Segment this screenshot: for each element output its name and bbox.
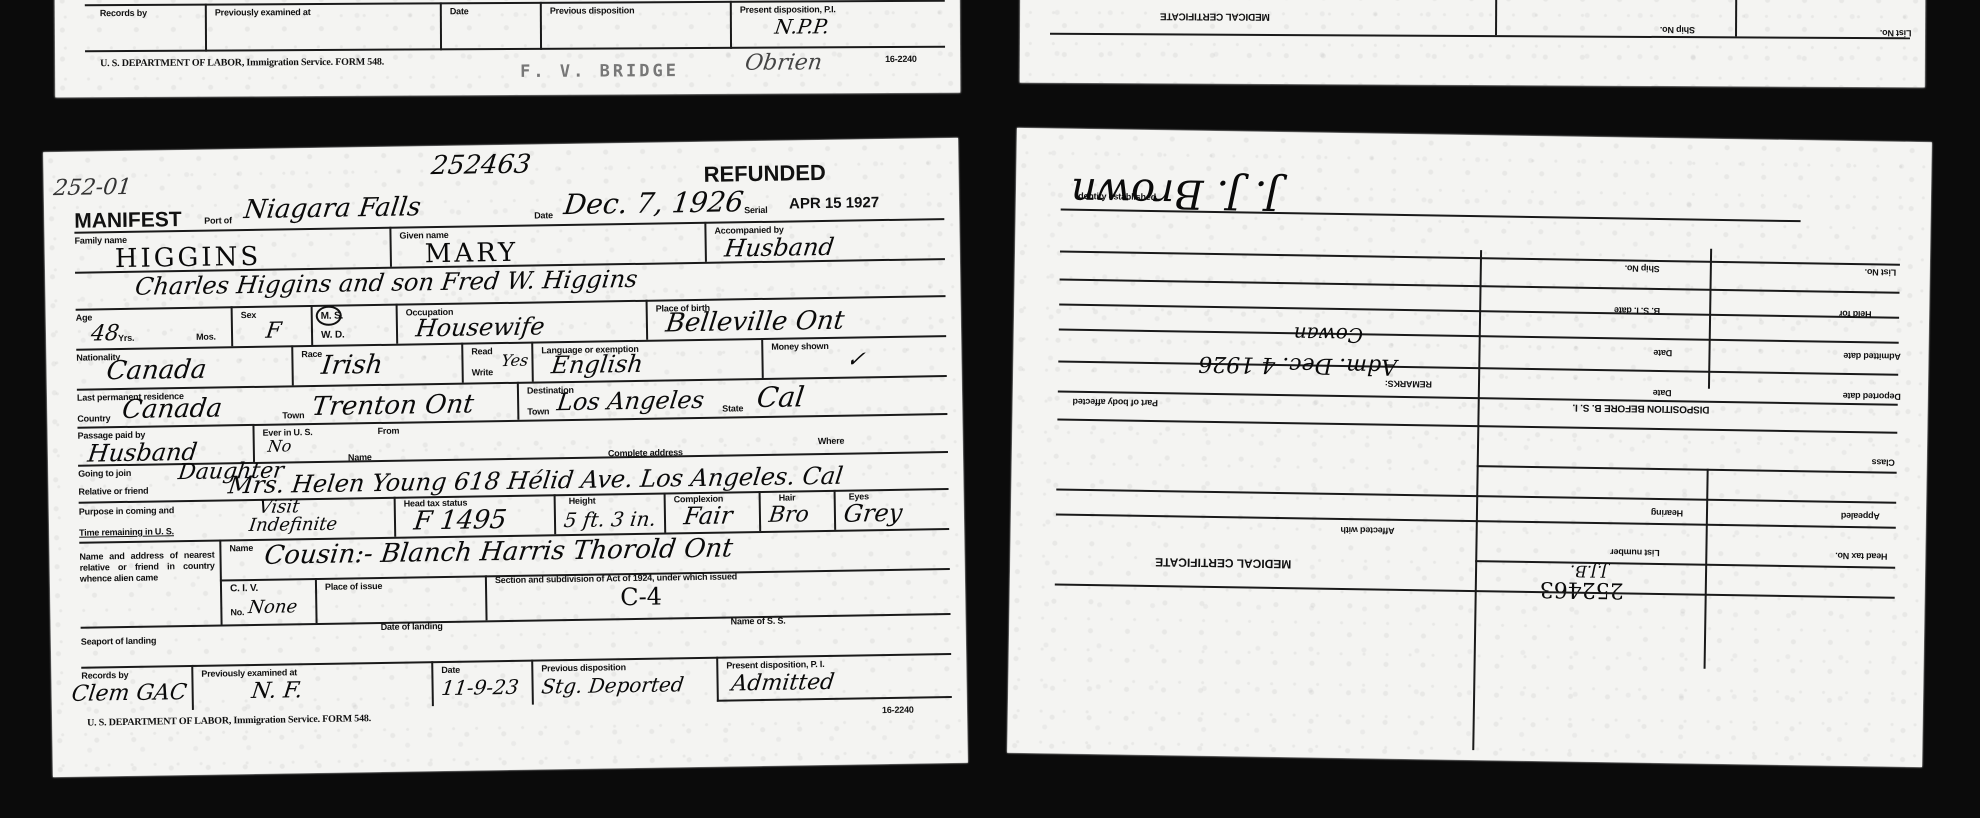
date-value: Dec. 7, 1926 <box>562 185 745 221</box>
serial-label: Serial <box>744 205 767 215</box>
language-value: English <box>550 350 645 379</box>
divider <box>1050 33 1910 40</box>
complete-address-label: Complete address <box>608 447 683 458</box>
records-by-label: Records by <box>81 670 128 681</box>
name-label: Name <box>348 452 372 462</box>
name-of-ss-label: Name of S. S. <box>731 616 786 627</box>
medical-certificate-heading: MEDICAL CERTIFICATE <box>1160 10 1270 22</box>
exam-date-value: 11-9-23 <box>440 675 520 700</box>
accompanied-by-value: Husband <box>723 233 836 263</box>
present-disposition-label: Present disposition, P. I. <box>726 659 824 671</box>
race-label: Race <box>301 349 322 359</box>
date-label-2: Date <box>1653 388 1672 398</box>
money-shown-check: ✓ <box>845 347 867 372</box>
where-label: Where <box>818 436 845 446</box>
held-for-label: Held for <box>1839 309 1872 320</box>
refunded-stamp: REFUNDED <box>703 160 826 188</box>
previous-disposition-value: Stg. Deported <box>540 672 685 698</box>
divider <box>1735 0 1737 36</box>
list-number-label: List number <box>1610 547 1659 558</box>
complexion-value: Fair <box>682 501 734 530</box>
divider <box>1477 465 1897 474</box>
exam-date-label: Date <box>441 665 460 675</box>
state-label: State <box>722 403 743 413</box>
divider <box>81 613 951 629</box>
divider <box>315 578 318 623</box>
present-disposition-value: Admitted <box>730 670 836 697</box>
divider <box>704 222 707 262</box>
bsi-date-label: B. S. I. date <box>1614 305 1660 316</box>
sex-value: F <box>264 318 282 343</box>
date-of-landing-label: Date of landing <box>381 621 443 632</box>
height-value: 5 ft. 3 in. <box>562 507 657 532</box>
from-label: From <box>377 426 399 436</box>
card-number: 252463 <box>430 150 533 182</box>
date-label: Date <box>450 6 469 16</box>
read-write-value: Yes <box>500 351 529 370</box>
civ-label: C. I. V. <box>230 583 258 594</box>
nearest-relative-value: Cousin:- Blanch Harris Thorold Ont <box>263 533 735 570</box>
civ-no-value: None <box>247 596 298 618</box>
divider <box>554 494 557 534</box>
admitted-date-label: Admitted date <box>1843 351 1901 362</box>
top-left-card-fragment: Records by Previously examined at Date P… <box>55 0 961 97</box>
inspector-stamp: F. V. BRIDGE <box>520 61 679 82</box>
deported-date-label: Deported date <box>1843 391 1901 402</box>
read-label: Read <box>471 346 492 356</box>
form-footer: U. S. DEPARTMENT OF LABOR, Immigration S… <box>87 713 371 728</box>
ever-in-us-value: No <box>267 436 293 455</box>
time-remaining-value: Indefinite <box>248 514 339 536</box>
divider <box>517 382 520 420</box>
mos-label: Mos. <box>196 332 216 342</box>
medical-certificate-heading: MEDICAL CERTIFICATE <box>1155 555 1291 571</box>
divider <box>540 2 542 50</box>
divider <box>485 575 488 620</box>
present-disposition-label: Present disposition, P.I. <box>740 4 836 15</box>
divider <box>834 490 837 530</box>
previously-examined-value: N. F. <box>250 678 304 704</box>
hair-label: Hair <box>779 492 796 502</box>
form-code: 16-2240 <box>885 54 917 64</box>
ship-no-label: Ship No. <box>1660 25 1695 35</box>
divider <box>531 342 534 382</box>
hearing-label: Hearing <box>1651 508 1683 519</box>
form-footer: U. S. DEPARTMENT OF LABOR, Immigration S… <box>100 57 384 69</box>
place-of-birth-value: Belleville Ont <box>664 306 846 339</box>
divider <box>311 305 314 345</box>
previous-disposition-label: Previous disposition <box>541 662 626 673</box>
date-label: Date <box>1653 348 1672 358</box>
divider <box>461 343 464 383</box>
marital-status-label-2: W. D. <box>321 330 345 341</box>
port-label: Port of <box>204 215 232 225</box>
records-by-label: Records by <box>100 8 147 18</box>
age-value: 48 <box>89 321 120 346</box>
divider <box>531 660 534 705</box>
divider <box>191 665 194 710</box>
divider <box>716 657 719 702</box>
port-value: Niagara Falls <box>242 192 422 225</box>
name-label-2: Name <box>229 543 253 553</box>
divider <box>431 661 434 706</box>
records-by-value: Clem GAC <box>70 680 188 707</box>
divider <box>252 424 255 462</box>
section-value: C-4 <box>620 583 662 612</box>
town-label: Town <box>282 410 304 420</box>
date-label: Date <box>534 210 553 220</box>
divider <box>219 539 222 624</box>
occupation-value: Housewife <box>414 312 546 342</box>
remarks-line-1: Cowan <box>1294 322 1364 347</box>
place-of-issue-label: Place of issue <box>325 581 382 592</box>
previously-examined-label: Previously examined at <box>201 667 297 679</box>
divider <box>291 345 294 385</box>
manifest-card-reverse: Identity established J. J. Brown Cowan A… <box>1007 128 1932 767</box>
divider <box>1708 249 1712 389</box>
divider <box>717 696 952 702</box>
remarks-line-2: Adm. Dec. 4 1926 <box>1198 351 1397 379</box>
write-label: Write <box>472 367 493 377</box>
town-label-2: Town <box>527 406 549 416</box>
part-of-body-label: Part of body affected <box>1073 397 1158 408</box>
divider <box>440 2 442 50</box>
nearest-relative-label: Name and address of nearest relative or … <box>79 550 215 585</box>
seaport-label: Seaport of landing <box>81 636 157 647</box>
sex-label: Sex <box>241 310 257 320</box>
corner-note: 252-01 <box>52 175 133 201</box>
appealed-label: Appealed <box>1841 511 1880 522</box>
age-label: Age <box>76 312 93 322</box>
money-shown-label: Money shown <box>771 341 828 352</box>
height-label: Height <box>569 496 596 506</box>
signature: Obrien <box>743 50 823 75</box>
divider <box>231 306 234 346</box>
disposition-bsi-heading: DISPOSITION BEFORE B. S. I. <box>1573 402 1710 415</box>
previous-disposition-label: Previous disposition <box>550 5 635 15</box>
top-right-card-fragment: MEDICAL CERTIFICATE Ship No. List No. <box>1020 0 1925 87</box>
going-to-join-label: Going to join <box>78 468 131 479</box>
remarks-label: REMARKS: <box>1385 379 1432 390</box>
list-number-value: 252463 <box>1540 576 1624 602</box>
divider <box>646 300 649 340</box>
relative-or-friend-label: Relative or friend <box>78 486 148 497</box>
divider <box>396 304 399 344</box>
eyes-value: Grey <box>842 499 904 528</box>
divider <box>77 375 947 391</box>
previously-examined-label: Previously examined at <box>215 7 311 18</box>
divider <box>1475 560 1895 569</box>
affected-with-label: Affected with <box>1341 525 1395 536</box>
divider <box>730 1 732 49</box>
nationality-value: Canada <box>105 355 209 387</box>
divider <box>394 497 397 537</box>
ship-no-label: Ship No. <box>1625 263 1660 274</box>
hair-value: Bro <box>767 502 810 528</box>
class-label: Class <box>1872 457 1895 467</box>
last-residence-country-value: Canada <box>120 393 224 425</box>
head-tax-no-label: Head tax No. <box>1835 551 1887 562</box>
section-label: Section and subdivision of Act of 1924, … <box>495 571 737 585</box>
divider <box>1472 250 1482 750</box>
destination-town-value: Los Angeles <box>555 386 705 416</box>
head-tax-value: F 1495 <box>412 505 508 537</box>
destination-state-value: Cal <box>755 380 806 414</box>
divider <box>389 227 392 267</box>
civ-no-label: No. <box>230 607 244 617</box>
time-remaining-label: Time remaining in U. S. <box>79 526 174 537</box>
divider <box>1495 0 1497 35</box>
divider <box>759 491 762 531</box>
present-disposition-value: N.P.P. <box>773 14 830 38</box>
yrs-label: Yrs. <box>118 333 134 343</box>
divider <box>205 4 207 52</box>
last-residence-town-value: Trenton Ont <box>310 389 475 422</box>
country-label: Country <box>77 413 110 424</box>
divider <box>664 492 667 532</box>
divider <box>761 338 764 378</box>
form-code: 16-2240 <box>882 705 914 715</box>
race-value: Irish <box>320 350 385 381</box>
manifest-card-front: 252-01 252463 REFUNDED MANIFEST Port of … <box>43 138 968 777</box>
list-no-label: List No. <box>1865 267 1897 277</box>
purpose-label: Purpose in coming and <box>79 505 174 516</box>
marital-status-circle <box>316 306 342 326</box>
serial-stamp: APR 15 1927 <box>789 194 879 212</box>
